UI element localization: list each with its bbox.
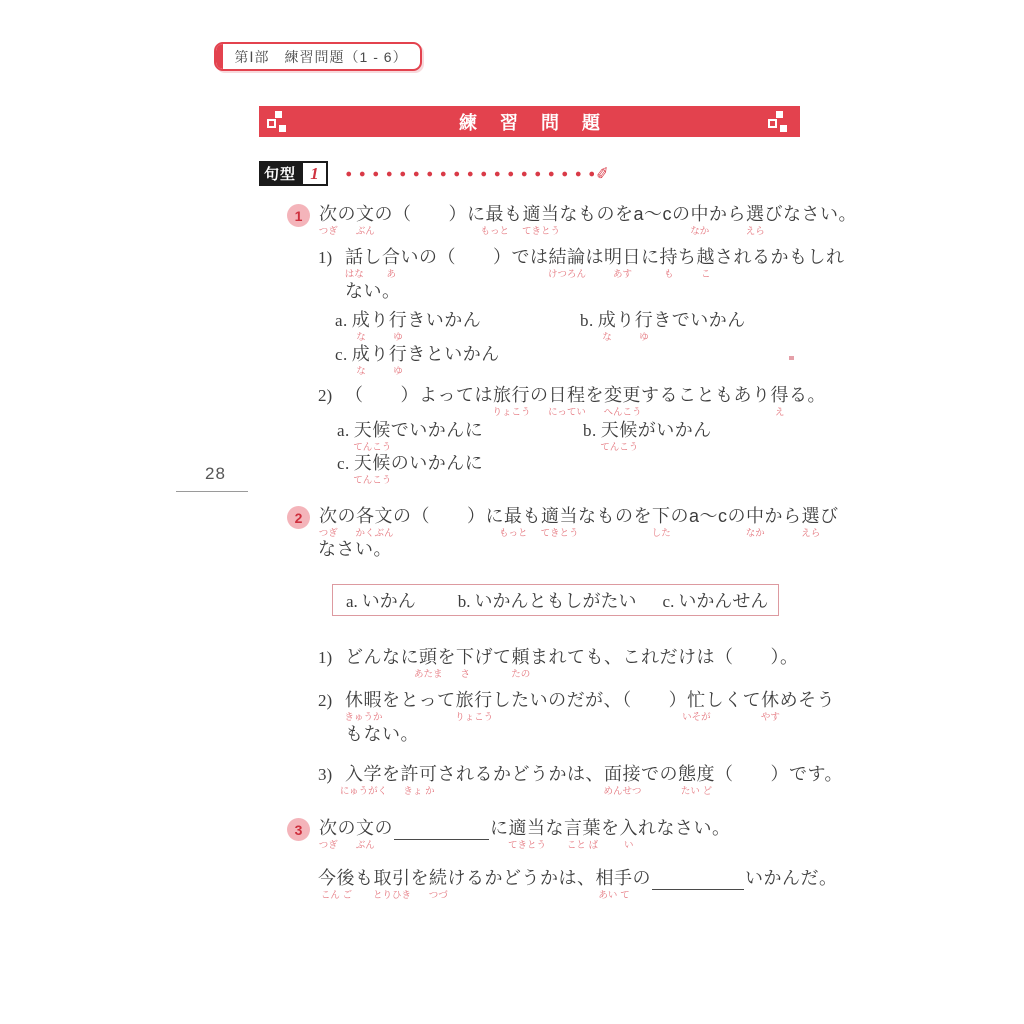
option-key: b.	[583, 421, 597, 440]
q2-item-1-text: どんなに頭あたまを下さげて頼たのまれても、これだけは（ ）。	[345, 647, 799, 667]
q2-item-2-line-1: 2)休暇きゅうかをとって旅行りょこうしたいのだが、（ ）忙いそがしくて休やすめそ…	[318, 689, 835, 712]
scan-artifact	[789, 356, 794, 360]
textbook-page: 第Ⅰ部 練習問題（1 - 6） 練 習 問 題 句型 1 ✐ 1 次つぎの文ぶん…	[0, 0, 1024, 1024]
q1-item-2-line-1: 2)（ ）よっては旅行りょこうの日程にっていを変更へんこうすることもあり得える。	[318, 384, 826, 407]
question-2: 2 次つぎの各文かくぶんの（ ）に最もっとも適当てきとうなものを下したのa～cの…	[287, 505, 839, 529]
q2-item-2-text: 休暇きゅうかをとって旅行りょこうしたいのだが、（ ）忙いそがしくて休やすめそう	[345, 690, 835, 710]
section-banner-title: 練 習 問 題	[450, 109, 609, 135]
q1-item-1-text-cont: ない。	[345, 281, 401, 301]
option-key: c.	[335, 345, 348, 364]
deco-squares-right-icon	[767, 108, 793, 135]
q2-box-option-a: a.いかん	[346, 587, 416, 613]
q1-item-1-option-a: a.成なり行ゆきいかん	[335, 309, 481, 332]
page-number: 28	[205, 464, 226, 484]
option-key: a.	[335, 311, 348, 330]
question-1: 1 次つぎの文ぶんの（ ）に最もっとも適当てきとうなものをa～cの中なかから選え…	[287, 203, 857, 227]
question-1-prompt: 次つぎの文ぶんの（ ）に最もっとも適当てきとうなものをa～cの中なかから選えらび…	[319, 203, 857, 226]
q3-sentence-text: 今後こん ごも取引とりひきを続つづけるかどうかは、相手あい てのいかんだ。	[318, 868, 838, 888]
chapter-header-label: 第Ⅰ部 練習問題（1 - 6）	[228, 47, 407, 67]
q2-item-2-line-2: もない。	[345, 723, 419, 746]
q2-item-2-label: 2)	[318, 691, 345, 711]
q1-item-1-option-b: b.成なり行ゆきでいかん	[580, 309, 746, 332]
q2-box-option-c: c.いかんせん	[663, 587, 769, 613]
q2-choices-box: a.いかん b.いかんともしがたい c.いかんせん	[332, 584, 779, 616]
q1-item-1-label: 1)	[318, 248, 345, 268]
question-3-prompt: 次つぎの文ぶんのに適当てきとうな言葉こと ばを入いれなさい。	[319, 817, 731, 840]
question-1-number-badge: 1	[287, 204, 310, 227]
q2-item-3-text: 入学にゅうがくを許可きょ かされるかどうかは、面接めんせつでの態度たい ど（ ）…	[345, 764, 843, 784]
q1-item-2-option-c: c.天候てんこうのいかんに	[337, 452, 483, 475]
option-key: b.	[580, 311, 594, 330]
option-text: 天候てんこうのいかんに	[354, 453, 484, 473]
section-banner: 練 習 問 題	[259, 106, 800, 137]
q2-item-3-label: 3)	[318, 765, 345, 785]
option-text: 成なり行ゆきでいかん	[598, 310, 746, 330]
option-key: c.	[337, 454, 350, 473]
option-text: 天候てんこうがいかん	[601, 420, 712, 440]
tab-accent-bar	[216, 44, 223, 69]
q2-box-option-b: b.いかんともしがたい	[458, 587, 637, 613]
q2-item-1-label: 1)	[318, 648, 345, 668]
q1-item-1-line-1: 1)話はなし合あいの（ ）では結論けつろんは明日あすに持もち越こされるかもしれ	[318, 246, 845, 269]
q1-item-1-option-c: c.成なり行ゆきといかん	[335, 343, 500, 366]
q3-sentence: 今後こん ごも取引とりひきを続つづけるかどうかは、相手あい てのいかんだ。	[318, 867, 838, 890]
chapter-header-tab: 第Ⅰ部 練習問題（1 - 6）	[214, 42, 422, 71]
option-text: 天候てんこうでいかんに	[354, 420, 484, 440]
pencil-icon: ✐	[595, 163, 611, 185]
q1-item-2-option-b: b.天候てんこうがいかん	[583, 419, 712, 442]
option-text: 成なり行ゆきといかん	[352, 344, 500, 364]
option-key: a.	[337, 421, 350, 440]
option-text: 成なり行ゆきいかん	[352, 310, 482, 330]
q1-item-1-text: 話はなし合あいの（ ）では結論けつろんは明日あすに持もち越こされるかもしれ	[345, 247, 845, 267]
page-number-rule	[176, 491, 248, 492]
pattern-tag-number: 1	[301, 161, 328, 186]
q2-item-1: 1)どんなに頭あたまを下さげて頼たのまれても、これだけは（ ）。	[318, 646, 799, 669]
dotted-divider	[342, 171, 594, 177]
q2-item-2-text-cont: もない。	[345, 724, 419, 744]
question-2-prompt: 次つぎの各文かくぶんの（ ）に最もっとも適当てきとうなものを下したのa～cの中な…	[319, 505, 839, 528]
q1-item-2-label: 2)	[318, 386, 345, 406]
pattern-tag: 句型 1 ✐	[259, 161, 609, 186]
q1-item-2-option-a: a.天候てんこうでいかんに	[337, 419, 483, 442]
question-2-number-badge: 2	[287, 506, 310, 529]
q1-item-2-text: （ ）よっては旅行りょこうの日程にっていを変更へんこうすることもあり得える。	[345, 385, 826, 405]
question-2-prompt-text: なさい。	[318, 539, 392, 559]
question-3-number-badge: 3	[287, 818, 310, 841]
q1-item-1-line-2: ない。	[345, 280, 401, 303]
q2-item-3: 3)入学にゅうがくを許可きょ かされるかどうかは、面接めんせつでの態度たい ど（…	[318, 763, 843, 786]
question-2-prompt-cont: なさい。	[318, 538, 392, 561]
question-3: 3 次つぎの文ぶんのに適当てきとうな言葉こと ばを入いれなさい。	[287, 817, 731, 841]
pattern-tag-label: 句型	[259, 161, 301, 186]
deco-squares-left-icon	[266, 108, 292, 135]
